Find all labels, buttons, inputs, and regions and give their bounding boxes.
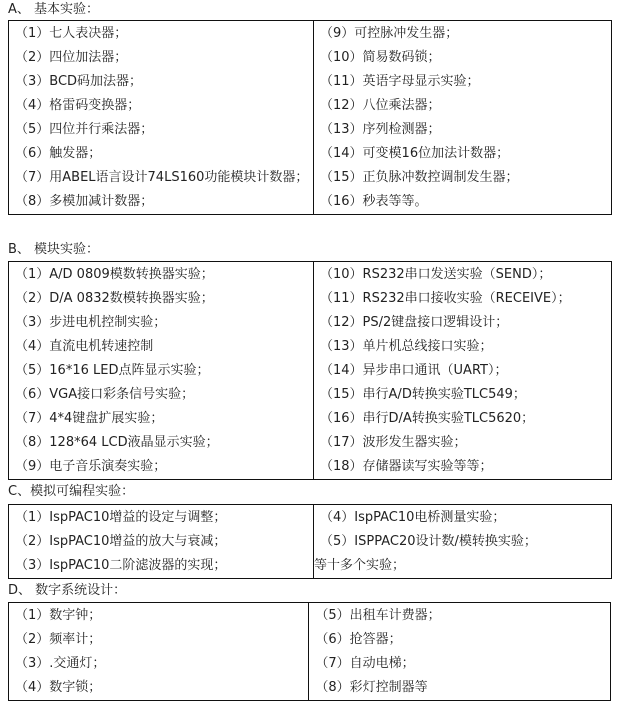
section-b-right-cell: （10）RS232串口发送实验（SEND）； （11）RS232串口接收实验（R…	[314, 262, 612, 480]
section-b-left-cell: （1）A/D 0809模数转换器实验； （2）D/A 0832数模转换器实验； …	[9, 262, 314, 480]
list-item: （3）.交通灯；	[9, 652, 308, 676]
list-item: （1）A/D 0809模数转换器实验；	[9, 263, 313, 287]
list-item: （5）16*16 LED点阵显示实验；	[9, 359, 313, 383]
list-item: （14）可变模16位加法计数器；	[314, 142, 611, 166]
list-item: （12）八位乘法器；	[314, 94, 611, 118]
section-b-title: B、 模块实验：	[8, 240, 99, 260]
list-item: （3）BCD码加法器；	[9, 70, 313, 94]
list-item: （7）自动电梯；	[309, 652, 610, 676]
list-item: （9）可控脉冲发生器；	[314, 22, 611, 46]
list-item: （15）串行A/D转换实验TLC549；	[314, 383, 611, 407]
section-d-title: D、 数字系统设计：	[8, 581, 126, 601]
list-item: （8）128*64 LCD液晶显示实验；	[9, 431, 313, 455]
list-item: （6）VGA接口彩条信号实验；	[9, 383, 313, 407]
list-item: （8）多模加减计数器；	[9, 190, 313, 214]
list-item: （15）正负脉冲数控调制发生器；	[314, 166, 611, 190]
section-c-title: C、模拟可编程实验：	[8, 482, 134, 502]
list-item: （3）步进电机控制实验；	[9, 311, 313, 335]
list-item: （2）频率计；	[9, 628, 308, 652]
section-c-table: （1）IspPAC10增益的设定与调整； （2）IspPAC10增益的放大与衰减…	[8, 504, 612, 579]
section-a-title: A、 基本实验：	[8, 0, 99, 20]
list-item: （8）彩灯控制器等	[309, 676, 610, 700]
section-a-left-cell: （1）七人表决器； （2）四位加法器； （3）BCD码加法器； （4）格雷码变换…	[9, 21, 314, 215]
list-item: （10）简易数码锁；	[314, 46, 611, 70]
list-item: （7）用ABEL语言设计74LS160功能模块计数器；	[9, 166, 313, 190]
list-item: （13）序列检测器；	[314, 118, 611, 142]
section-b-table: （1）A/D 0809模数转换器实验； （2）D/A 0832数模转换器实验； …	[8, 261, 612, 480]
list-item: （4）数字锁；	[9, 676, 308, 700]
section-a-right-cell: （9）可控脉冲发生器； （10）简易数码锁； （11）英语字母显示实验； （12…	[314, 21, 612, 215]
section-a-table: （1）七人表决器； （2）四位加法器； （3）BCD码加法器； （4）格雷码变换…	[8, 20, 612, 215]
list-item: （5）ISPPAC20设计数/模转换实验；	[314, 530, 611, 554]
list-item: （16）串行D/A转换实验TLC5620；	[314, 407, 611, 431]
list-item: （4）直流电机转速控制	[9, 335, 313, 359]
list-item: （17）波形发生器实验；	[314, 431, 611, 455]
section-c-right-cell: （4）IspPAC10电桥测量实验； （5）ISPPAC20设计数/模转换实验；…	[314, 505, 612, 579]
list-item: （2）四位加法器；	[9, 46, 313, 70]
section-d-table: （1）数字钟； （2）频率计； （3）.交通灯； （4）数字锁； （5）出租车计…	[8, 602, 611, 701]
section-d-right-cell: （5）出租车计费器； （6）抢答器； （7）自动电梯； （8）彩灯控制器等	[309, 603, 611, 701]
list-item: （3）IspPAC10二阶滤波器的实现；	[9, 554, 313, 578]
list-item: （5）出租车计费器；	[309, 604, 610, 628]
list-item: （16）秒表等等。	[314, 190, 611, 214]
list-item: （9）电子音乐演奏实验；	[9, 455, 313, 479]
list-item: （4）IspPAC10电桥测量实验；	[314, 506, 611, 530]
list-item: （13）单片机总线接口实验；	[314, 335, 611, 359]
list-item: （5）四位并行乘法器；	[9, 118, 313, 142]
list-item: （7）4*4键盘扩展实验；	[9, 407, 313, 431]
list-item: 等十多个实验；	[314, 554, 611, 578]
list-item: （2）IspPAC10增益的放大与衰减；	[9, 530, 313, 554]
list-item: （6）触发器；	[9, 142, 313, 166]
list-item: （1）数字钟；	[9, 604, 308, 628]
list-item: （11）英语字母显示实验；	[314, 70, 611, 94]
list-item: （14）异步串口通讯（UART）；	[314, 359, 611, 383]
list-item: （18）存储器读写实验等等；	[314, 455, 611, 479]
list-item: （10）RS232串口发送实验（SEND）；	[314, 263, 611, 287]
section-c-left-cell: （1）IspPAC10增益的设定与调整； （2）IspPAC10增益的放大与衰减…	[9, 505, 314, 579]
list-item: （4）格雷码变换器；	[9, 94, 313, 118]
list-item: （6）抢答器；	[309, 628, 610, 652]
section-d-left-cell: （1）数字钟； （2）频率计； （3）.交通灯； （4）数字锁；	[9, 603, 309, 701]
list-item: （11）RS232串口接收实验（RECEIVE）；	[314, 287, 611, 311]
list-item: （1）IspPAC10增益的设定与调整；	[9, 506, 313, 530]
list-item: （1）七人表决器；	[9, 22, 313, 46]
list-item: （2）D/A 0832数模转换器实验；	[9, 287, 313, 311]
list-item: （12）PS/2键盘接口逻辑设计；	[314, 311, 611, 335]
